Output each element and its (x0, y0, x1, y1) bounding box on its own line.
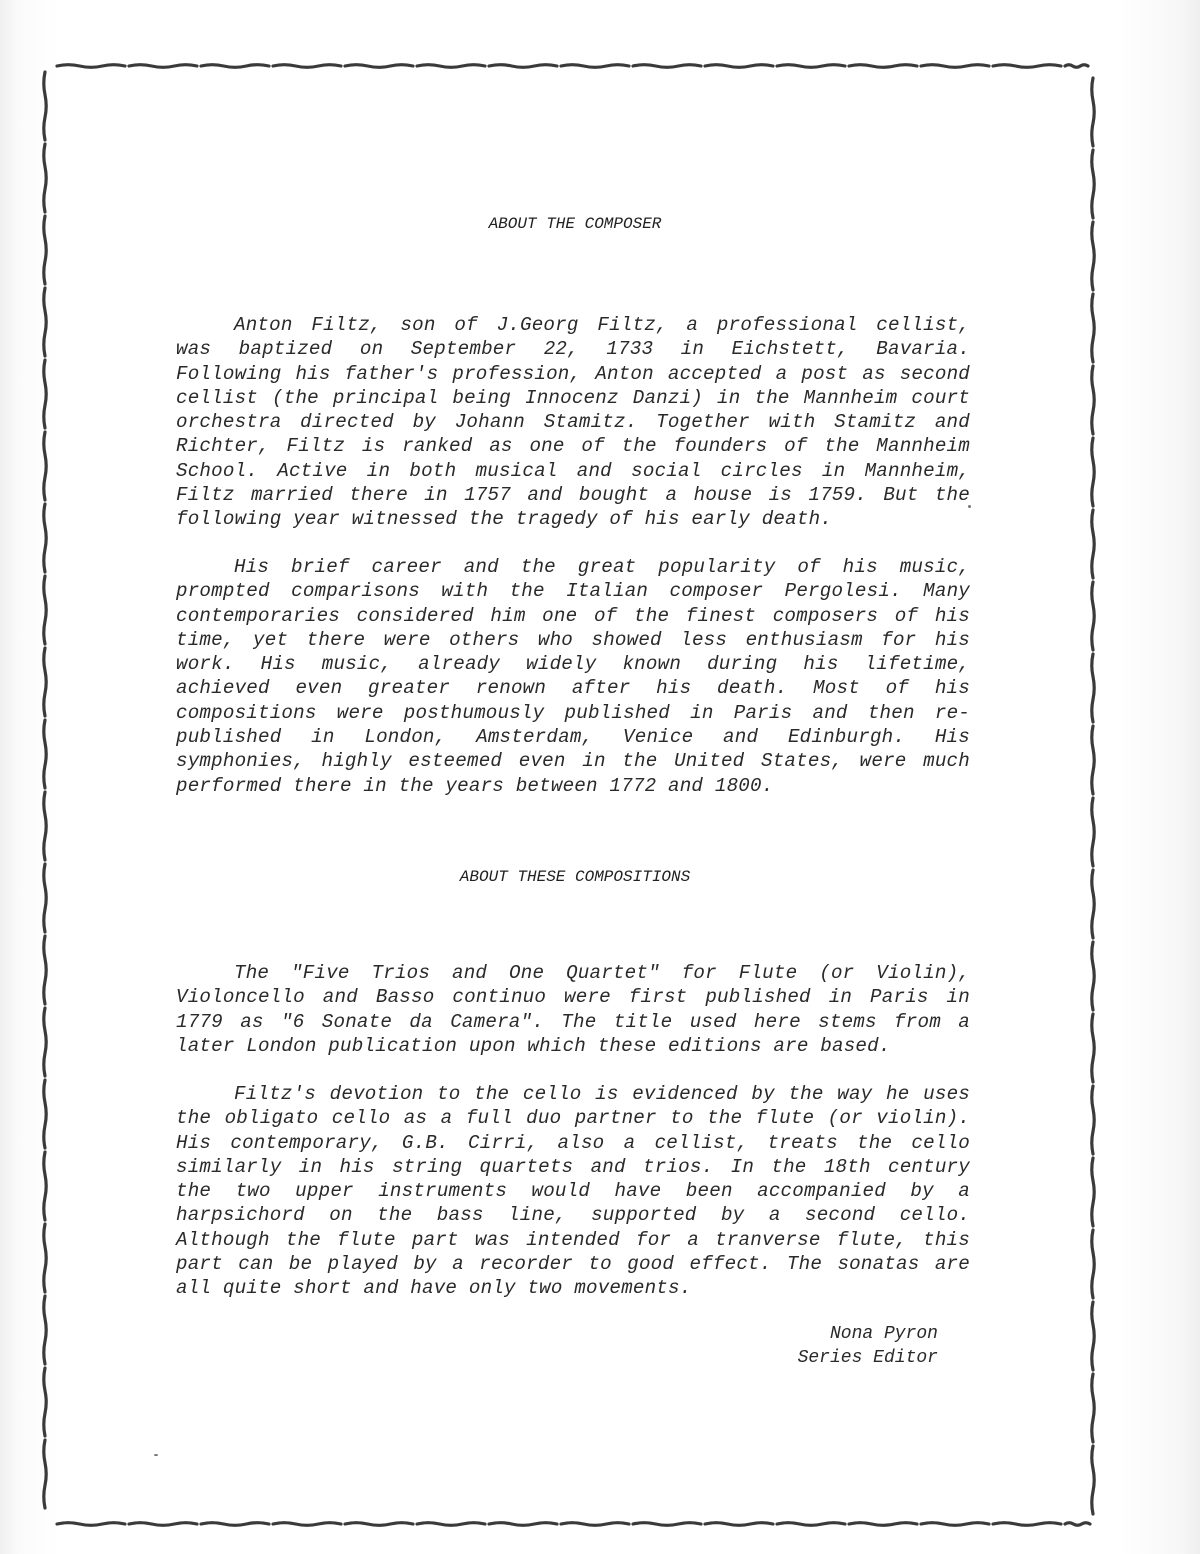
editor-title: Series Editor (798, 1346, 938, 1370)
text-line: performed there in the years between 177… (176, 774, 970, 798)
text-line: later London publication upon which thes… (176, 1034, 970, 1058)
text-line: prompted comparisons with the Italian co… (176, 579, 970, 603)
composer-paragraph-2: His brief career and the great popularit… (176, 555, 970, 798)
section-heading-compositions: ABOUT THESE COMPOSITIONS (0, 868, 1150, 886)
text-line: The "Five Trios and One Quartet" for Flu… (176, 961, 970, 985)
heading-text: ABOUT THESE COMPOSITIONS (460, 868, 690, 886)
editor-name: Nona Pyron (798, 1322, 938, 1346)
text-line: His contemporary, G.B. Cirri, also a cel… (176, 1131, 970, 1155)
text-line: orchestra directed by Johann Stamitz. To… (176, 410, 970, 434)
text-line: compositions were posthumously published… (176, 701, 970, 725)
text-line: achieved even greater renown after his d… (176, 676, 970, 700)
compositions-paragraph-2: Filtz's devotion to the cello is evidenc… (176, 1082, 970, 1301)
text-line: Filtz married there in 1757 and bought a… (176, 483, 970, 507)
signature-block: Nona Pyron Series Editor (798, 1322, 938, 1370)
paper-speck (968, 505, 971, 508)
text-line: His brief career and the great popularit… (176, 555, 970, 579)
text-line: the two upper instruments would have bee… (176, 1179, 970, 1203)
text-line: harpsichord on the bass line, supported … (176, 1203, 970, 1227)
text-line: similarly in his string quartets and tri… (176, 1155, 970, 1179)
text-line: published in London, Amsterdam, Venice a… (176, 725, 970, 749)
text-line: the obligato cello as a full duo partner… (176, 1106, 970, 1130)
text-line: Although the flute part was intended for… (176, 1228, 970, 1252)
text-line: time, yet there were others who showed l… (176, 628, 970, 652)
text-line: cellist (the principal being Innocenz Da… (176, 386, 970, 410)
text-line: Richter, Filtz is ranked as one of the f… (176, 434, 970, 458)
text-line: School. Active in both musical and socia… (176, 459, 970, 483)
text-line: Filtz's devotion to the cello is evidenc… (176, 1082, 970, 1106)
text-line: Anton Filtz, son of J.Georg Filtz, a pro… (176, 313, 970, 337)
text-line: all quite short and have only two moveme… (176, 1276, 970, 1300)
text-line: 1779 as "6 Sonate da Camera". The title … (176, 1010, 970, 1034)
paper-speck (154, 1454, 158, 1456)
composer-paragraph-1: Anton Filtz, son of J.Georg Filtz, a pro… (176, 313, 970, 532)
text-line: symphonies, highly esteemed even in the … (176, 749, 970, 773)
heading-text: ABOUT THE COMPOSER (489, 215, 662, 233)
compositions-paragraph-1: The "Five Trios and One Quartet" for Flu… (176, 961, 970, 1058)
text-line: part can be played by a recorder to good… (176, 1252, 970, 1276)
text-line: contemporaries considered him one of the… (176, 604, 970, 628)
text-line: was baptized on September 22, 1733 in Ei… (176, 337, 970, 361)
text-line: Violoncello and Basso continuo were firs… (176, 985, 970, 1009)
text-line: Following his father's profession, Anton… (176, 362, 970, 386)
text-line: following year witnessed the tragedy of … (176, 507, 970, 531)
text-line: work. His music, already widely known du… (176, 652, 970, 676)
section-heading-composer: ABOUT THE COMPOSER (0, 215, 1150, 233)
